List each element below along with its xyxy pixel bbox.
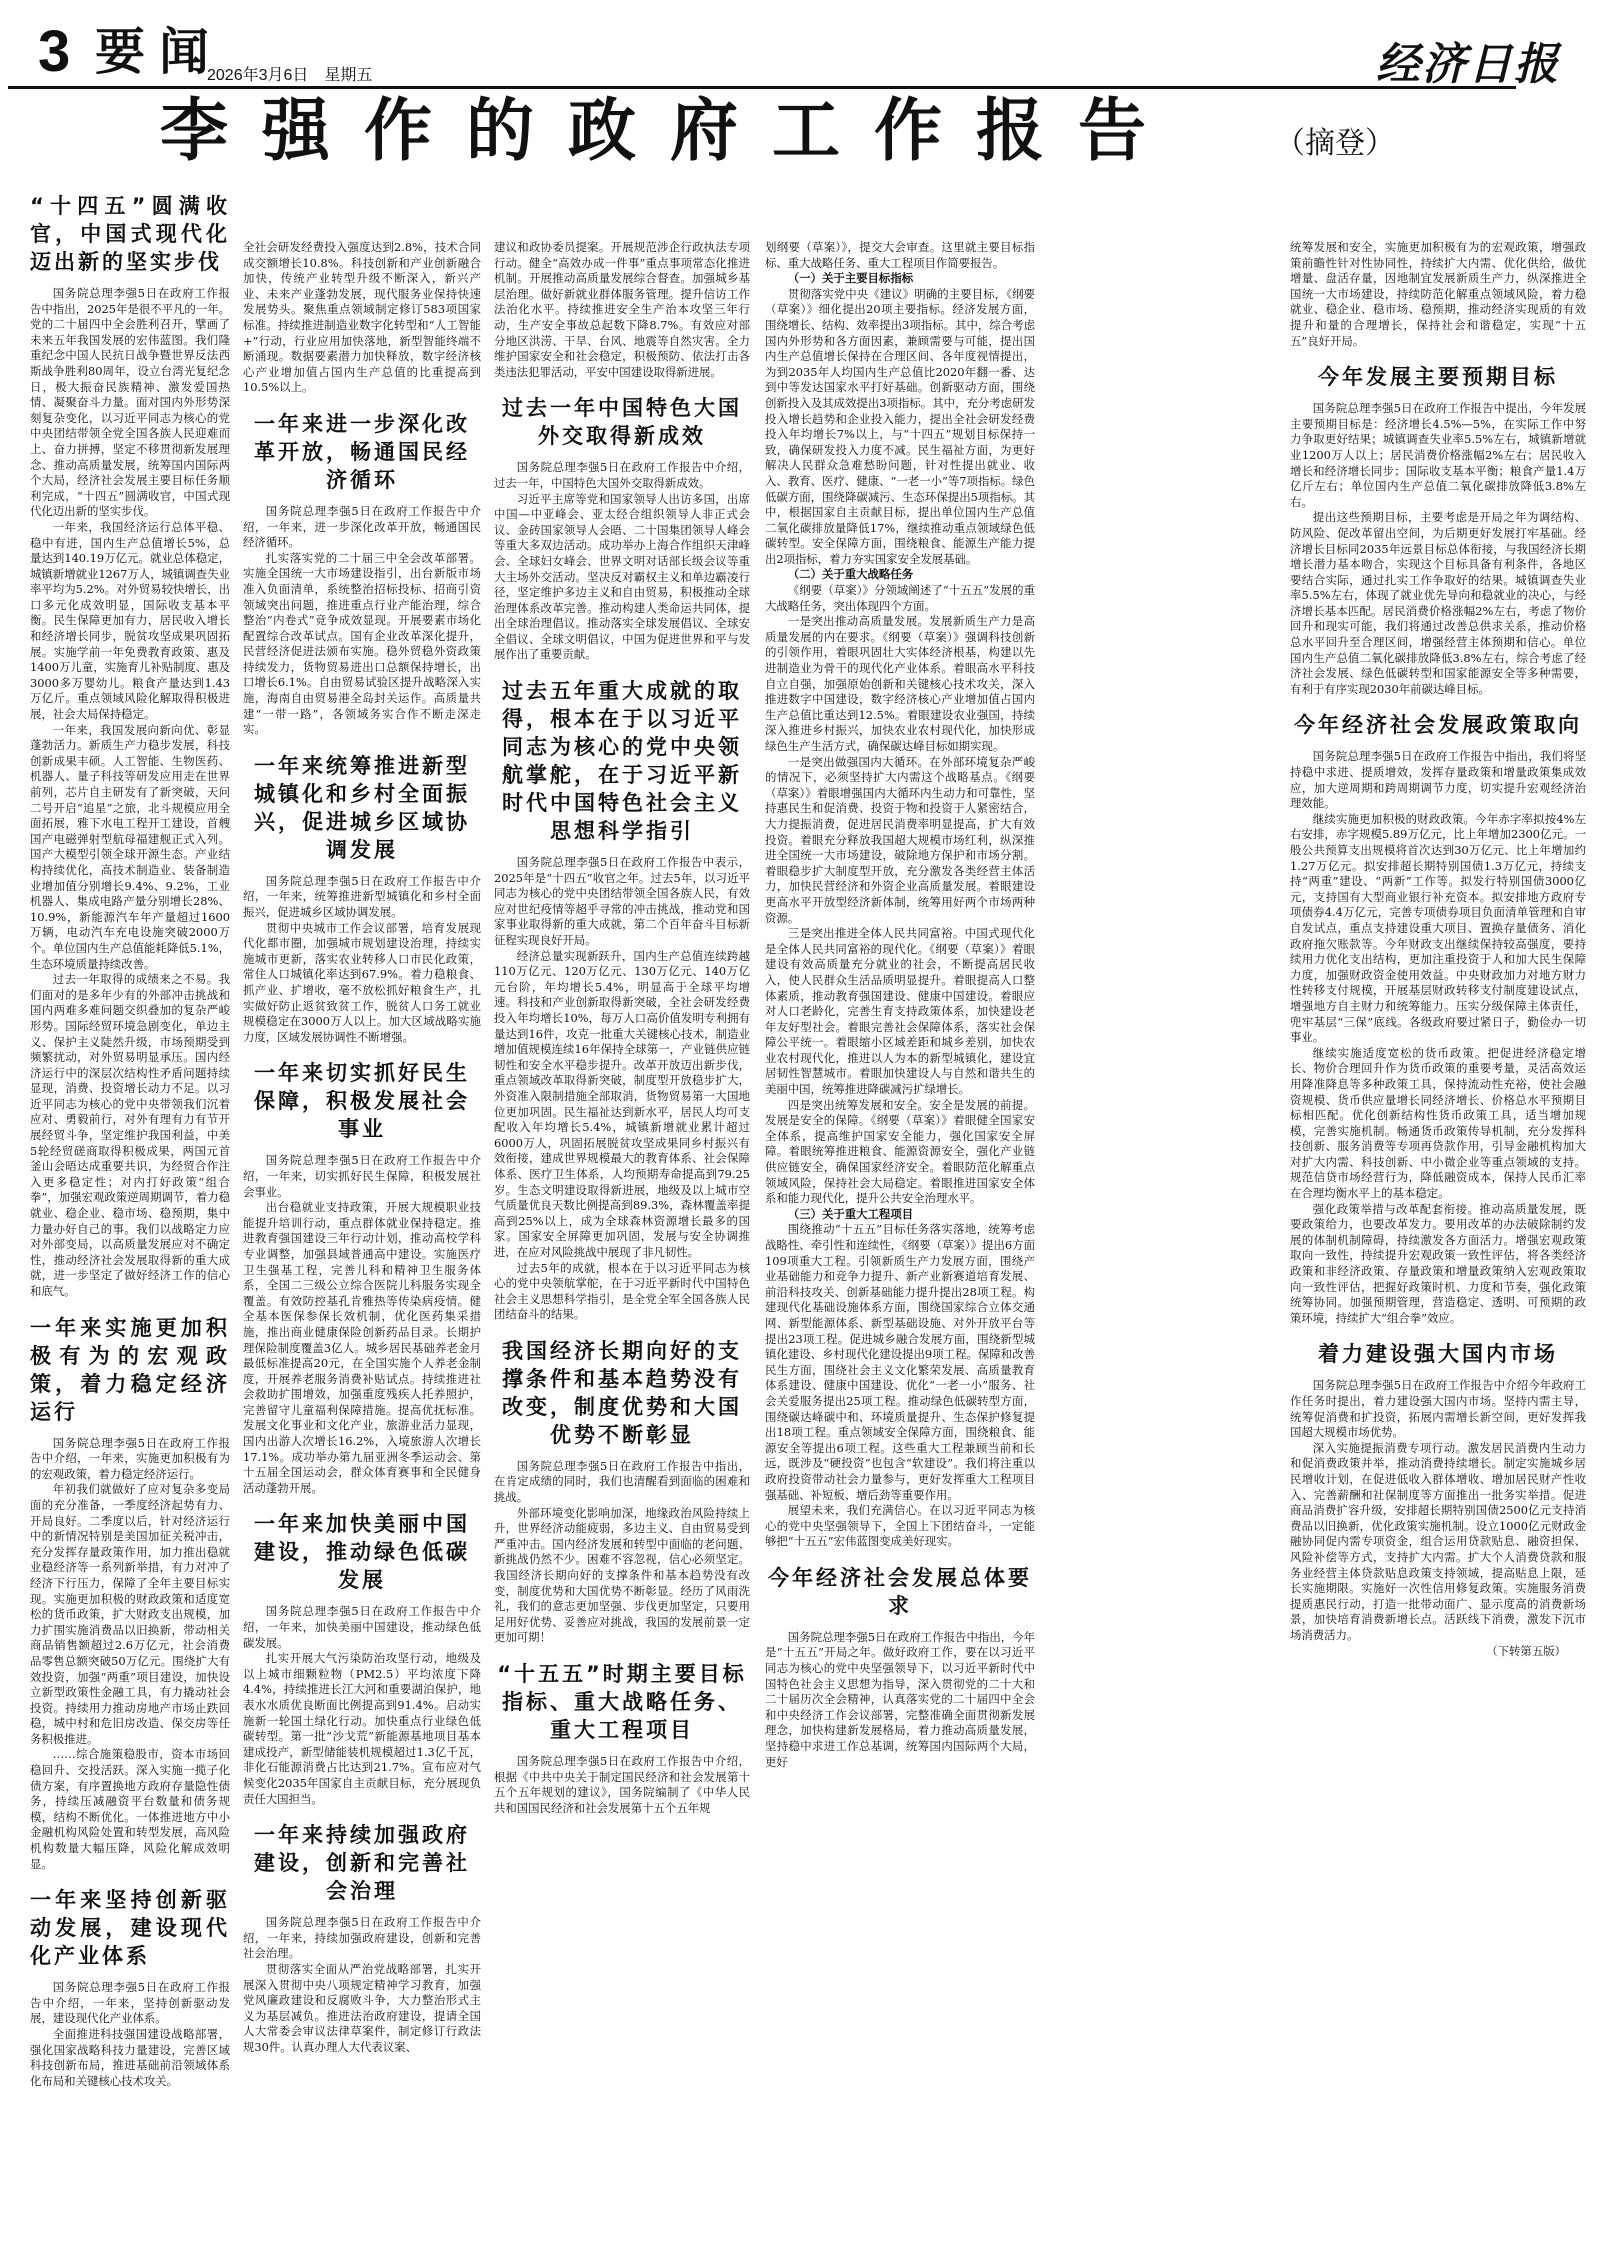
article-title: 一年来持续加强政府建设，创新和完善社会治理: [243, 1821, 481, 1905]
paragraph: 一是突出推动高质量发展。发展新质生产力是高质量发展的内在要求。《纲要（草案）》强…: [765, 614, 1035, 754]
section-name: 要闻: [95, 24, 223, 80]
paragraph: 三是突出推进全体人民共同富裕。中国式现代化是全体人民共同富裕的现代化。《纲要（草…: [765, 926, 1035, 1098]
article-title: “十四五”圆满收官，中国式现代化迈出新的坚实步伐: [30, 192, 230, 276]
column-1: “十四五”圆满收官，中国式现代化迈出新的坚实步伐 国务院总理李强5日在政府工作报…: [30, 178, 230, 2089]
column-2: 全社会研发经费投入强度达到2.8%，技术合同成交额增长10.8%。科技创新和产业…: [243, 240, 481, 2056]
paragraph: 建议和政协委员提案。开展规范涉企行政执法专项行动。健全“高效办成一件事”重点事项…: [494, 240, 750, 380]
paragraph: 贯彻落实党中央《建议》明确的主要目标，《纲要（草案）》细化提出20项主要指标。经…: [765, 287, 1035, 568]
paragraph: 出台稳就业支持政策，开展大规模职业技能提升培训行动，重点群体就业保持稳定。推进教…: [243, 1200, 481, 1496]
article-title: 一年来统筹推进新型城镇化和乡村全面振兴，促进城乡区域协调发展: [243, 752, 481, 864]
paragraph: 扎实开展大气污染防治攻坚行动，地级及以上城市细颗粒物（PM2.5）平均浓度下降4…: [243, 1651, 481, 1807]
paragraph: 提出这些预期目标，主要考虑是开局之年为调结构、防风险、促改革留出空间，为后期更好…: [1290, 510, 1586, 697]
article-title: 一年来切实抓好民生保障，积极发展社会事业: [243, 1059, 481, 1143]
paragraph: 国务院总理李强5日在政府工作报告中介绍，一年来，实施更加积极有为的宏观政策，着力…: [30, 1436, 230, 1483]
paragraph: 一年来，我国发展向新向优、彰显蓬勃活力。新质生产力稳步发展，科技创新成果丰硕。人…: [30, 723, 230, 973]
paragraph: 习近平主席等党和国家领导人出访多国，出席中国—中亚峰会、亚太经合组织领导人非正式…: [494, 492, 750, 664]
paragraph: 四是突出统筹发展和安全。安全是发展的前提。发展是安全的保障。《纲要（草案）》着眼…: [765, 1098, 1035, 1207]
paragraph: 继续实施适度宽松的货币政策。把促进经济稳定增长、物价合理回升作为货币政策的重要考…: [1290, 1046, 1586, 1202]
paragraph: 贯彻落实全面从严治党战略部署，扎实开展深入贯彻中央八项规定精神学习教育，加强党风…: [243, 1962, 481, 2056]
continued-note: （下转第五版）: [1290, 1644, 1586, 1660]
paragraph: 国务院总理李强5日在政府工作报告中介绍，一年来，切实抓好民生保障，积极发展社会事…: [243, 1153, 481, 1200]
paragraph: 一是突出做强国内大循环。在外部环境复杂严峻的情况下，必须坚持扩大内需这个战略基点…: [765, 755, 1035, 927]
subheading: （三）关于重大工程项目: [765, 1207, 1035, 1223]
paragraph: 国务院总理李强5日在政府工作报告中提出，今年发展主要预期目标是：经济增长4.5%…: [1290, 401, 1586, 510]
masthead: 3 要闻 2026年3月6日 星期五 经济日报: [0, 0, 1600, 90]
paragraph: 国务院总理李强5日在政府工作报告中介绍，一年来，加快美丽中国建设，推动绿色低碳发…: [243, 1604, 481, 1651]
page-headline: 李强作的政府工作报告: [160, 92, 1180, 172]
paragraph: 展望未来，我们充满信心。在以习近平同志为核心的党中央坚强领导下，全国上下团结奋斗…: [765, 1503, 1035, 1550]
paragraph: 过去一年取得的成绩来之不易。我们面对的是多年少有的外部冲击挑战和国内两难多难问题…: [30, 972, 230, 1299]
paragraph: 国务院总理李强5日在政府工作报告中介绍，过去一年，中国特色大国外交取得新成效。: [494, 460, 750, 491]
article-title: 过去一年中国特色大国外交取得新成效: [494, 394, 750, 450]
paragraph: 全面推进科技强国建设战略部署，强化国家战略科技力量建设，完善区域科技创新布局，推…: [30, 2027, 230, 2089]
paragraph: 国务院总理李强5日在政府工作报告中介绍，一年来，坚持创新驱动发展，建设现代化产业…: [30, 1980, 230, 2027]
article-title: 一年来坚持创新驱动发展，建设现代化产业体系: [30, 1886, 230, 1970]
article-title: 过去五年重大成就的取得，根本在于以习近平同志为核心的党中央领航掌舵，在于习近平新…: [494, 677, 750, 845]
article-title: 今年经济社会发展总体要求: [765, 1564, 1035, 1620]
article-title: “十五五”时期主要目标指标、重大战略任务、重大工程项目: [494, 1660, 750, 1744]
paragraph: ……综合施策稳股市，资本市场回稳回升、交投活跃。深入实施一揽子化债方案，有序置换…: [30, 1747, 230, 1872]
paragraph: 国务院总理李强5日在政府工作报告中介绍，一年来，持续加强政府建设，创新和完善社会…: [243, 1915, 481, 1962]
paragraph: 国务院总理李强5日在政府工作报告中表示，2025年是“十四五”收官之年。过去5年…: [494, 855, 750, 949]
subheading: （一）关于主要目标指标: [765, 271, 1035, 287]
subheading: （二）关于重大战略任务: [765, 567, 1035, 583]
article-title: 一年来加快美丽中国建设，推动绿色低碳发展: [243, 1510, 481, 1594]
column-3: 建议和政协委员提案。开展规范涉企行政执法专项行动。健全“高效办成一件事”重点事项…: [494, 240, 750, 1816]
article-title: 今年经济社会发展政策取向: [1290, 711, 1586, 739]
paragraph: 国务院总理李强5日在政府工作报告中介绍，一年来，统筹推进新型城镇化和乡村全面振兴…: [243, 874, 481, 921]
paragraph: 年初我们就做好了应对复杂多变局面的充分准备，一季度经济起势有力、开局良好。二季度…: [30, 1482, 230, 1747]
article-title: 今年发展主要预期目标: [1290, 363, 1586, 391]
publication-date: 2026年3月6日 星期五: [207, 62, 372, 85]
paragraph: 贯彻中央城市工作会议部署，培育发展现代化都市圈，加强城市规划建设治理，持续实施城…: [243, 921, 481, 1046]
paragraph: 一年来，我国经济运行总体平稳、稳中有进，国内生产总值增长5%，总量达到140.1…: [30, 520, 230, 723]
paragraph: 国务院总理李强5日在政府工作报告中指出，今年是“十五五”开局之年。做好政府工作，…: [765, 1630, 1035, 1770]
paragraph: 国务院总理李强5日在政府工作报告中指出，我们将坚持稳中求进、提质增效，发挥存量政…: [1290, 749, 1586, 811]
paragraph: 继续实施更加积极的财政政策。今年赤字率拟按4%左右安排，赤字规模5.89万亿元，…: [1290, 812, 1586, 1046]
paragraph: 国务院总理李强5日在政府工作报告中指出，在肯定成绩的同时，我们也清醒看到面临的困…: [494, 1459, 750, 1506]
paragraph: 深入实施提振消费专项行动。激发居民消费内生动力和促消费政策并举，推动消费持续增长…: [1290, 1441, 1586, 1644]
paragraph: 国务院总理李强5日在政府工作报告中介绍，根据《中共中央关于制定国民经济和社会发展…: [494, 1754, 750, 1816]
article-title: 一年来进一步深化改革开放，畅通国民经济循环: [243, 410, 481, 494]
newspaper-logo: 经济日报: [1376, 28, 1560, 92]
paragraph: 国务院总理李强5日在政府工作报告中指出，2025年是很不平凡的一年。党的二十届四…: [30, 286, 230, 520]
paragraph: 经济总量实现新跃升，国内生产总值连续跨越110万亿元、120万亿元、130万亿元…: [494, 949, 750, 1261]
masthead-rule: [8, 86, 1516, 89]
paragraph: 国务院总理李强5日在政府工作报告中介绍，一年来，进一步深化改革开放，畅通国民经济…: [243, 504, 481, 551]
paragraph: 扎实落实党的二十届三中全会改革部署。实施全国统一大市场建设指引，出台新版市场准入…: [243, 551, 481, 738]
paragraph: 围绕推动“十五五”目标任务落实落地，统筹考虑战略性、牵引性和连续性，《纲要（草案…: [765, 1222, 1035, 1503]
paragraph: 强化政策举措与改革配套衔接。推动高质量发展，既要政策给力，也要改革发力。要用改革…: [1290, 1202, 1586, 1327]
paragraph: 过去5年的成就，根本在于以习近平同志为核心的党中央领航掌舵，在于习近平新时代中国…: [494, 1261, 750, 1323]
article-title: 着力建设强大国内市场: [1290, 1340, 1586, 1368]
paragraph: 全社会研发经费投入强度达到2.8%，技术合同成交额增长10.8%。科技创新和产业…: [243, 240, 481, 396]
article-title: 我国经济长期向好的支撑条件和基本趋势没有改变，制度优势和大国优势不断彰显: [494, 1337, 750, 1449]
paragraph: 划纲要（草案）》，提交大会审查。这里就主要目标指标、重大战略任务、重大工程项目作…: [765, 240, 1035, 271]
paragraph: 统筹发展和安全，实施更加积极有为的宏观政策，增强政策前瞻性针对性协同性，持续扩大…: [1290, 240, 1586, 349]
article-title: 一年来实施更加积极有为的宏观政策，着力稳定经济运行: [30, 1314, 230, 1426]
column-4: 划纲要（草案）》，提交大会审查。这里就主要目标指标、重大战略任务、重大工程项目作…: [765, 240, 1035, 1770]
paragraph: 《纲要（草案）》分领域阐述了“十五五”发展的重大战略任务，突出体现四个方面。: [765, 583, 1035, 614]
column-5: 统筹发展和安全，实施更加积极有为的宏观政策，增强政策前瞻性针对性协同性，持续扩大…: [1290, 240, 1586, 1659]
page-number: 3: [38, 22, 70, 82]
paragraph: 国务院总理李强5日在政府工作报告中介绍今年政府工作任务时提出，着力建设强大国内市…: [1290, 1378, 1586, 1440]
paragraph: 外部环境变化影响加深，地缘政治风险持续上升，世界经济动能疲弱，多边主义、自由贸易…: [494, 1506, 750, 1646]
headline-subtitle: （摘登）: [1275, 118, 1395, 162]
